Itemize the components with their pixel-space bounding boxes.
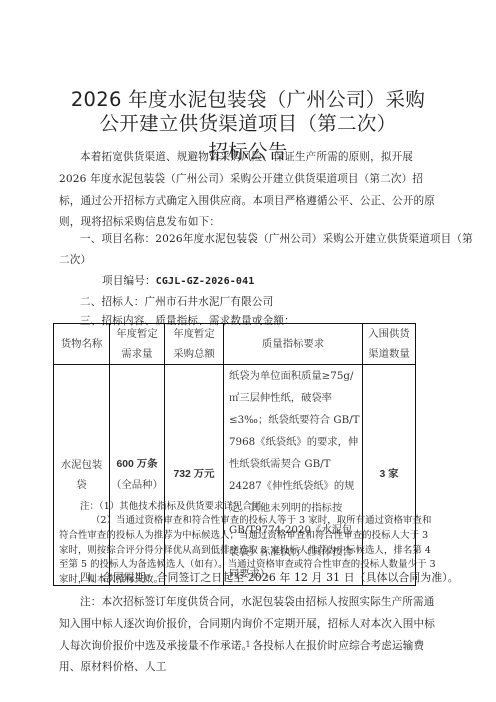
table-header-row: 货物名称 年度暂定需求量 年度暂定采购总额 质量指标要求 入围供货渠道数量 <box>54 324 416 365</box>
header-quantity: 年度暂定需求量 <box>110 324 165 365</box>
section-1-project-name: 一、项目名称：2026年度水泥包装袋（广州公司）采购公开建立供货渠道项目（第 <box>80 231 473 246</box>
header-goods: 货物名称 <box>54 324 110 365</box>
header-quality: 质量指标要求 <box>224 324 363 365</box>
page-number: 1 <box>0 640 496 649</box>
section-4-contract-period: 四、合同周期：合同签订之日起至 2026 年 12 月 31 日（具体以合同为准… <box>80 570 459 585</box>
header-amount: 年度暂定采购总额 <box>165 324 224 365</box>
project-number-label: 项目编号： <box>102 275 156 287</box>
final-note: 注：本次招标签订年度供货合同，水泥包装袋由招标人按照实际生产所需通知入围中标人逐… <box>59 592 437 679</box>
note-1: 注：（1）其他技术指标及供货要求详见合同。 <box>80 500 460 515</box>
section-2-tenderer: 二、招标人：广州市石井水泥厂有限公司 <box>80 294 273 309</box>
intro-paragraph: 本着拓宽供货渠道、规避物资采购风险、保证生产所需的原则，拟开展 2026 年度水… <box>59 147 437 234</box>
section-1-value: 2026年度水泥包装袋（广州公司）采购公开建立供货渠道项目（第 <box>155 233 473 245</box>
project-number-value: CGJL-GZ-2026-041 <box>156 276 255 287</box>
header-channels: 入围供货渠道数量 <box>363 324 416 365</box>
title-line-2: 公开建立供货渠道项目（第二次） <box>0 108 496 136</box>
project-number: 项目编号：CGJL-GZ-2026-041 <box>102 273 254 288</box>
section-1-continuation: 二次） <box>59 252 91 267</box>
section-1-label: 一、项目名称： <box>80 233 155 245</box>
